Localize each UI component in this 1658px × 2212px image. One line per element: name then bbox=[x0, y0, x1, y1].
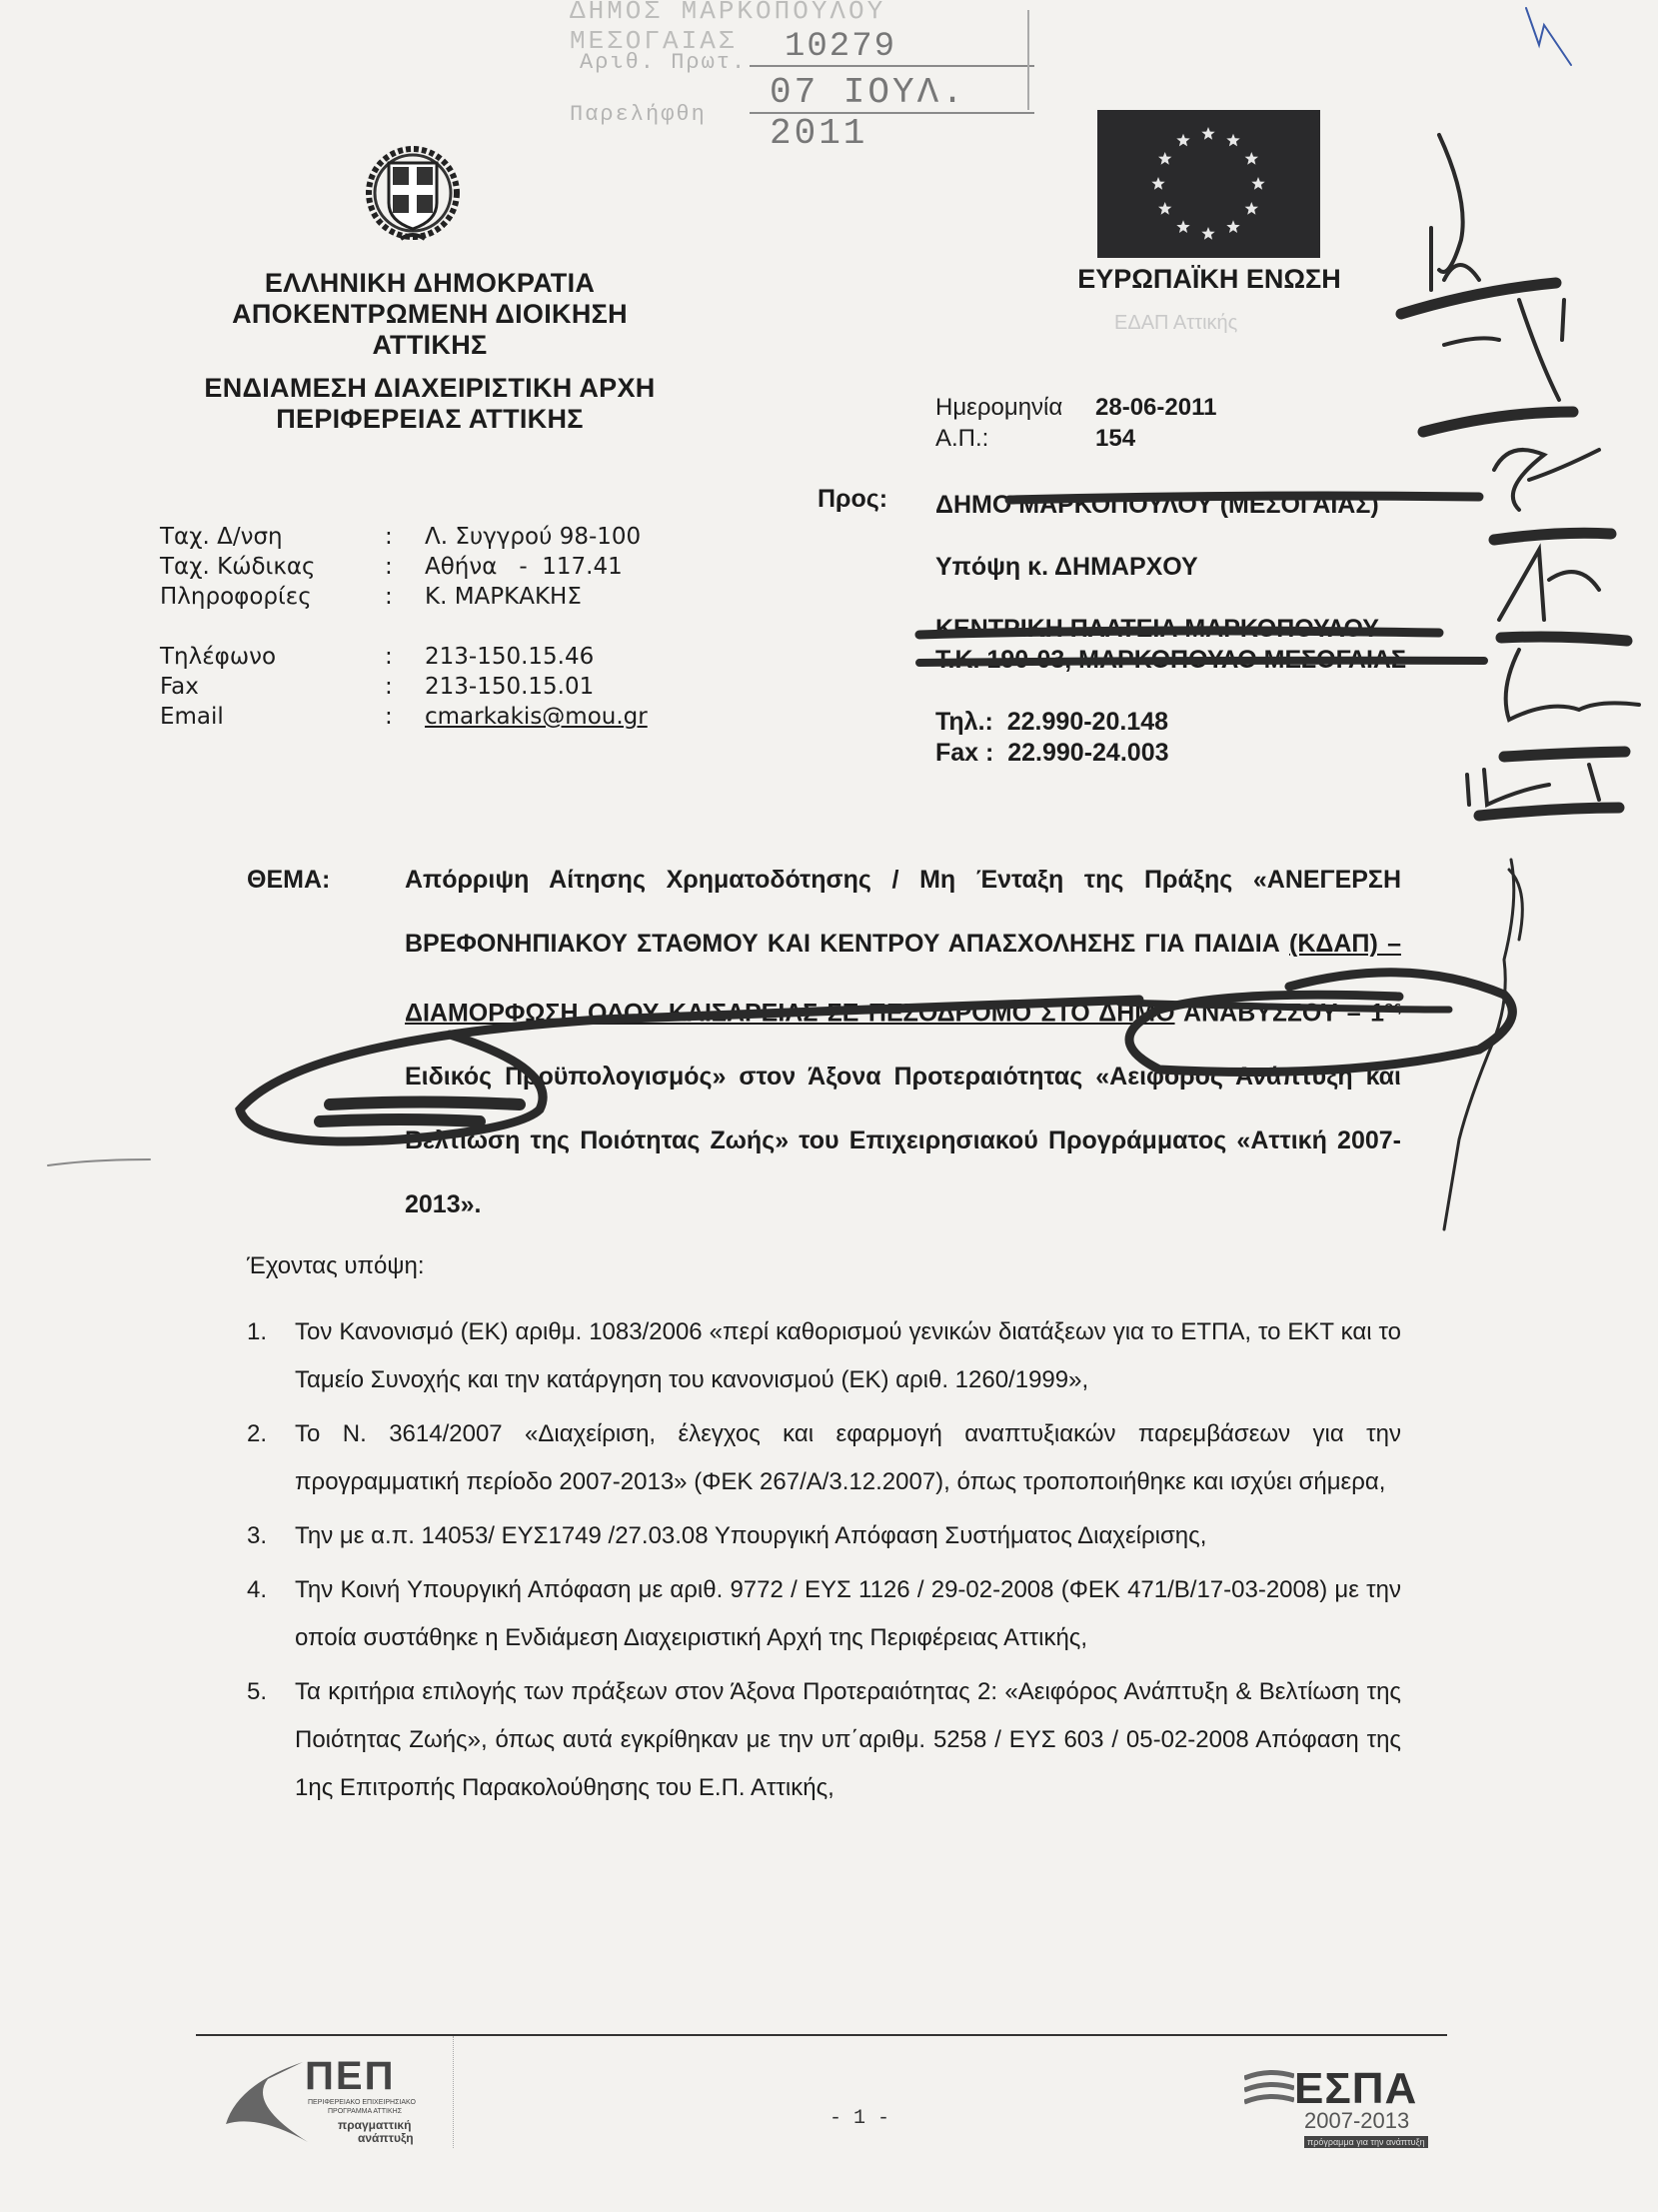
list-number: 4. bbox=[247, 1566, 295, 1662]
recipient-name: ΔΗΜΟ ΜΑΡΚΟΠΟΥΛΟΥ (ΜΕΣΟΓΑΙΑΣ) bbox=[935, 490, 1495, 521]
contact-label: Ταχ. Κώδικας bbox=[160, 552, 385, 582]
recipient-fax: Fax : 22.990-24.003 bbox=[935, 738, 1495, 769]
recipient-address-line: ΚΕΝΤΡΙΚΗ ΠΛΑΤΕΙΑ ΜΑΡΚΟΠΟΥΛΟΥ bbox=[935, 614, 1495, 645]
list-number: 1. bbox=[247, 1308, 295, 1404]
issuer-line: ΑΠΟΚΕΝΤΡΩΜΕΝΗ ΔΙΟΙΚΗΣΗ bbox=[150, 299, 710, 330]
issuer-line: ΕΛΛΗΝΙΚΗ ΔΗΜΟΚΡΑΤΙΑ bbox=[150, 268, 710, 299]
stamp-border bbox=[1027, 10, 1029, 110]
list-item: 4.Την Κοινή Υπουργική Απόφαση με αριθ. 9… bbox=[247, 1566, 1401, 1662]
contact-row-phone: Τηλέφωνο : 213-150.15.46 bbox=[160, 642, 648, 672]
contact-value: Λ. Συγγρού 98-100 bbox=[425, 522, 641, 552]
pep-title: ΠΕΠ bbox=[305, 2054, 395, 2099]
handwritten-stroke bbox=[1509, 870, 1522, 940]
recipient-address-line: Τ.Κ. 190-03, ΜΑΡΚΟΠΟΥΛΟ ΜΕΣΟΓΑΙΑΣ bbox=[935, 645, 1495, 676]
espa-years: 2007-2013 bbox=[1304, 2108, 1409, 2134]
issuer-line: ΑΤΤΙΚΗΣ bbox=[150, 330, 710, 361]
list-text: Την Κοινή Υπουργική Απόφαση με αριθ. 977… bbox=[295, 1566, 1401, 1662]
contact-label: Email bbox=[160, 702, 385, 732]
contact-row-postcode: Ταχ. Κώδικας : Αθήνα - 117.41 bbox=[160, 552, 648, 582]
eu-flag-icon bbox=[1097, 110, 1320, 258]
stamp-protocol-number: 10279 bbox=[785, 28, 896, 66]
handwritten-stroke bbox=[1444, 300, 1564, 400]
receipt-stamp: ΔΗΜΟΣ ΜΑΡΚΟΠΟΥΛΟΥ ΜΕΣΟΓΑΙΑΣ Αριθ. Πρωτ. … bbox=[560, 0, 1047, 120]
protocol-value: 154 bbox=[1095, 423, 1135, 454]
subject-superscript: ος bbox=[1384, 999, 1401, 1016]
contact-value: 213-150.15.46 bbox=[425, 642, 594, 672]
subject-label: ΘΕΜΑ: bbox=[247, 848, 330, 912]
contact-separator: : bbox=[385, 642, 425, 672]
authority-line: ΠΕΡΙΦΕΡΕΙΑΣ ΑΤΤΙΚΗΣ bbox=[150, 404, 710, 435]
list-number: 5. bbox=[247, 1668, 295, 1812]
scratch-mark bbox=[48, 1159, 150, 1165]
date-label: Ημερομηνία bbox=[935, 392, 1095, 423]
espa-logo: ΕΣΠΑ 2007-2013 πρόγραμμα για την ανάπτυξ… bbox=[1244, 2064, 1429, 2164]
pep-tagline: πραγματτική bbox=[338, 2118, 411, 2132]
contact-separator: : bbox=[385, 672, 425, 702]
contact-separator: : bbox=[385, 702, 425, 732]
contact-row-fax: Fax : 213-150.15.01 bbox=[160, 672, 648, 702]
handwritten-stroke bbox=[1506, 650, 1639, 720]
contact-separator: : bbox=[385, 552, 425, 582]
marker-underline bbox=[1401, 283, 1556, 314]
marker-underline bbox=[1494, 533, 1611, 540]
espa-title: ΕΣΠΑ bbox=[1294, 2064, 1417, 2114]
pep-swoosh-icon bbox=[218, 2054, 308, 2144]
espa-waves-icon bbox=[1244, 2068, 1294, 2112]
marker-underline bbox=[1504, 752, 1625, 757]
footer-divider-vertical bbox=[453, 2036, 454, 2148]
list-text: Την με α.π. 14053/ ΕΥΣ1749 /27.03.08 Υπο… bbox=[295, 1512, 1401, 1560]
handwritten-stroke bbox=[1494, 450, 1599, 510]
handwritten-stroke bbox=[1431, 228, 1479, 290]
list-text: Τα κριτήρια επιλογής των πράξεων στον Άξ… bbox=[295, 1668, 1401, 1812]
list-number: 3. bbox=[247, 1512, 295, 1560]
list-item: 5.Τα κριτήρια επιλογής των πράξεων στον … bbox=[247, 1668, 1401, 1812]
pep-logo: ΠΕΠ ΠΕΡΙΦΕΡΕΙΑΚΟ ΕΠΙΧΕΙΡΗΣΙΑΚΟ ΠΡΟΓΡΑΜΜΑ… bbox=[218, 2054, 448, 2144]
stamp-received-label: Παρελήφθη bbox=[570, 102, 707, 127]
subject-part: ΑΝΑΒΥΣΣΟΥ – 1 bbox=[1175, 999, 1385, 1027]
contact-row-email: Email : cmarkakis@mou.gr bbox=[160, 702, 648, 732]
stamp-rule bbox=[750, 112, 1034, 114]
protocol-label: Α.Π.: bbox=[935, 423, 1095, 454]
marker-underline bbox=[1423, 412, 1573, 432]
espa-slogan: πρόγραμμα για την ανάπτυξη bbox=[1304, 2136, 1428, 2148]
list-item: 2.Το Ν. 3614/2007 «Διαχείριση, έλεγχος κ… bbox=[247, 1410, 1401, 1506]
subject-part: Απόρριψη Αίτησης Χρηματοδότησης / Μη Έντ… bbox=[405, 866, 1401, 958]
marker-underline bbox=[1501, 637, 1627, 641]
email-link[interactable]: cmarkakis@mou.gr bbox=[425, 702, 648, 732]
list-number: 2. bbox=[247, 1410, 295, 1506]
handwritten-stroke bbox=[1499, 550, 1599, 620]
body-intro: Έχοντας υπόψη: bbox=[247, 1244, 1401, 1288]
contact-separator: : bbox=[385, 522, 425, 552]
document-meta: Ημερομηνία 28-06-2011 Α.Π.: 154 bbox=[935, 392, 1216, 454]
recipient-phone: Τηλ.: 22.990-20.148 bbox=[935, 707, 1495, 738]
authority-line: ΕΝΔΙΑΜΕΣΗ ΔΙΑΧΕΙΡΙΣΤΙΚΗ ΑΡΧΗ bbox=[150, 373, 710, 404]
contact-label: Ταχ. Δ/νση bbox=[160, 522, 385, 552]
recipient-label: Προς: bbox=[818, 485, 887, 514]
list-item: 3.Την με α.π. 14053/ ΕΥΣ1749 /27.03.08 Υ… bbox=[247, 1512, 1401, 1560]
handwritten-stroke bbox=[1439, 135, 1463, 272]
pep-subtitle: ΠΡΟΓΡΑΜΜΑ ΑΤΤΙΚΗΣ bbox=[328, 2108, 402, 2115]
list-item: 1.Τον Κανονισμό (ΕΚ) αριθμ. 1083/2006 «π… bbox=[247, 1308, 1401, 1404]
contact-label: Πληροφορίες bbox=[160, 582, 385, 612]
pep-subtitle: ΠΕΡΙΦΕΡΕΙΑΚΟ ΕΠΙΧΕΙΡΗΣΙΑΚΟ bbox=[308, 2099, 416, 2106]
date-value: 28-06-2011 bbox=[1095, 392, 1216, 423]
recipient-attention: Υπόψη κ. ΔΗΜΑΡΧΟΥ bbox=[935, 552, 1495, 583]
contact-label: Τηλέφωνο bbox=[160, 642, 385, 672]
footer-divider bbox=[196, 2034, 1447, 2036]
contact-separator: : bbox=[385, 582, 425, 612]
list-text: Τον Κανονισμό (ΕΚ) αριθμ. 1083/2006 «περ… bbox=[295, 1308, 1401, 1404]
contact-value: 213-150.15.01 bbox=[425, 672, 594, 702]
contact-value: Κ. ΜΑΡΚΑΚΗΣ bbox=[425, 582, 582, 612]
stamp-rule bbox=[750, 65, 1034, 67]
faint-stamp-text: ΕΔΑΠ Αττικής bbox=[1114, 312, 1237, 335]
subject-text: Απόρριψη Αίτησης Χρηματοδότησης / Μη Έντ… bbox=[405, 848, 1401, 1236]
contact-value: Αθήνα - 117.41 bbox=[425, 552, 623, 582]
greek-coat-of-arms-icon bbox=[365, 145, 461, 245]
subject-part: Ειδικός Προϋπολογισμός» στον Άξονα Προτε… bbox=[405, 1063, 1401, 1218]
handwritten-stroke bbox=[1444, 860, 1514, 1229]
marker-underline bbox=[1479, 808, 1619, 816]
contact-row-address: Ταχ. Δ/νση : Λ. Συγγρού 98-100 bbox=[160, 522, 648, 552]
eu-title: ΕΥΡΩΠΑΪΚΗ ΕΝΩΣΗ bbox=[1039, 264, 1379, 295]
handwritten-stroke bbox=[1467, 765, 1599, 805]
stamp-protocol-label: Αριθ. Πρωτ. bbox=[580, 50, 747, 75]
page-number: - 1 - bbox=[829, 2107, 889, 2130]
list-text: Το Ν. 3614/2007 «Διαχείριση, έλεγχος και… bbox=[295, 1410, 1401, 1506]
document-body: Έχοντας υπόψη: 1.Τον Κανονισμό (ΕΚ) αριθ… bbox=[247, 1244, 1401, 1818]
blue-corner-mark bbox=[1526, 8, 1571, 65]
contact-row-info: Πληροφορίες : Κ. ΜΑΡΚΑΚΗΣ bbox=[160, 582, 648, 612]
issuer-header: ΕΛΛΗΝΙΚΗ ΔΗΜΟΚΡΑΤΙΑ ΑΠΟΚΕΝΤΡΩΜΕΝΗ ΔΙΟΙΚΗ… bbox=[150, 268, 710, 435]
pep-tagline: ανάπτυξη bbox=[358, 2131, 414, 2145]
contact-label: Fax bbox=[160, 672, 385, 702]
contact-details: Ταχ. Δ/νση : Λ. Συγγρού 98-100 Ταχ. Κώδι… bbox=[160, 522, 648, 732]
